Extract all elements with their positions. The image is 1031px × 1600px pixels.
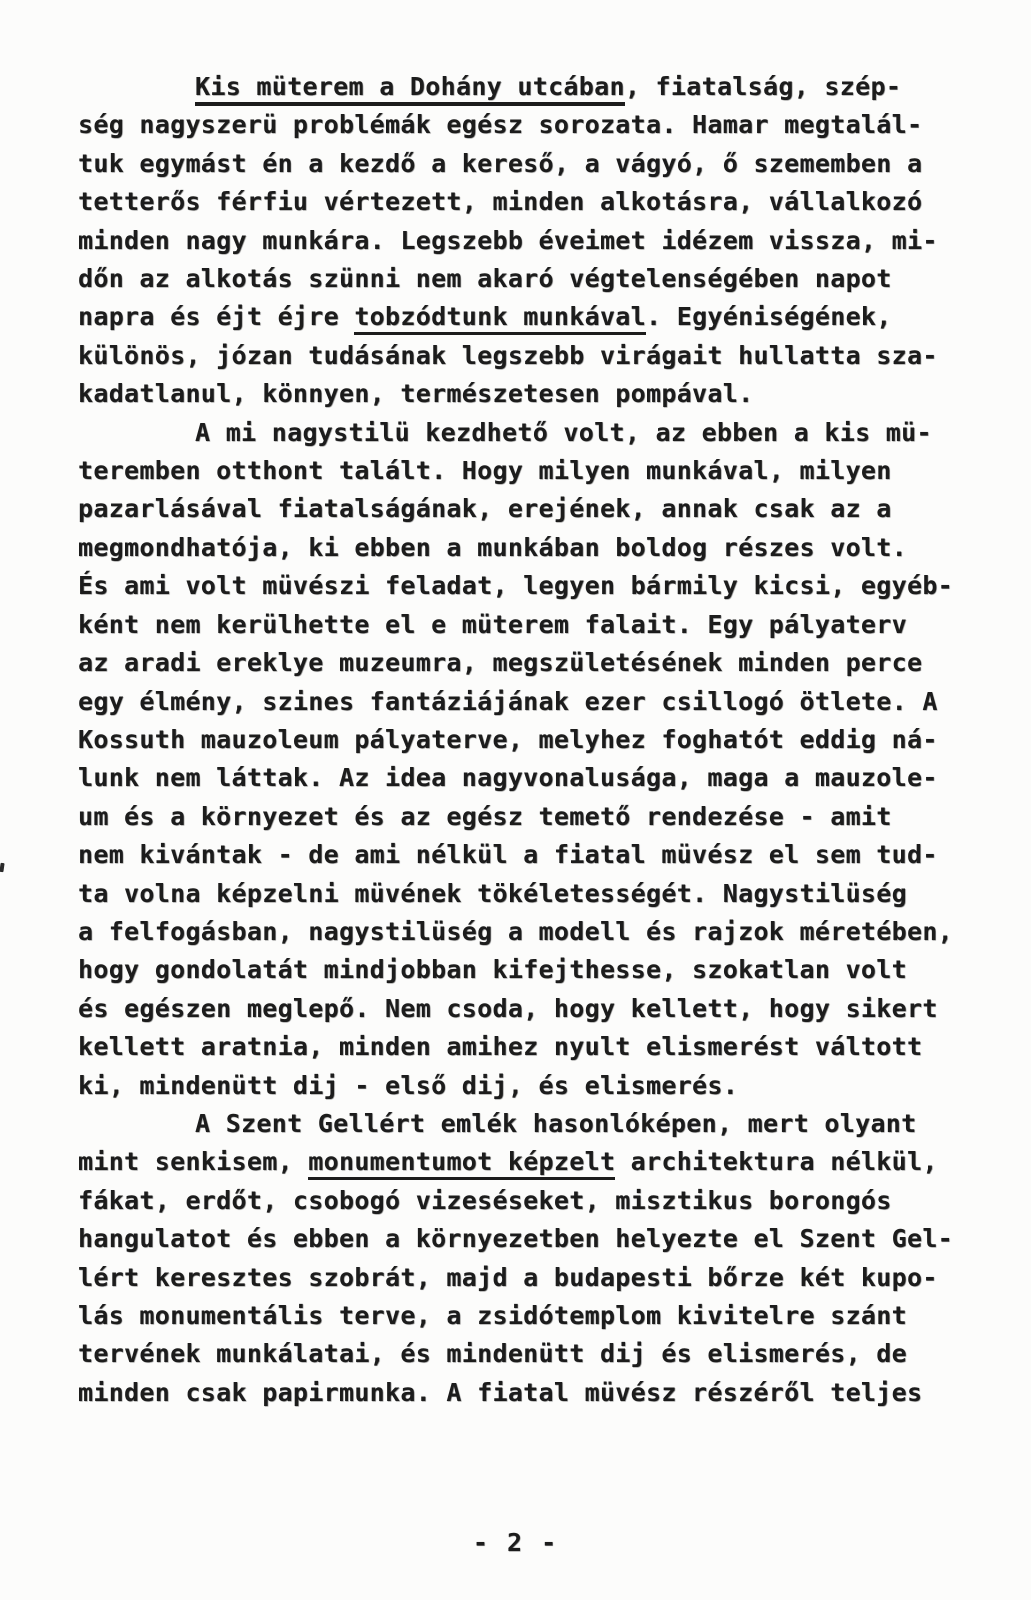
text-segment: lért keresztes szobrát, majd a budapesti…: [78, 1263, 938, 1292]
text-line: ta volna képzelni müvének tökéletességét…: [78, 875, 958, 913]
document-page: Kis müterem a Dohány utcában, fiatalság,…: [0, 0, 1031, 1600]
text-segment: egy élmény, szines fantáziájának ezer cs…: [78, 687, 938, 716]
text-segment: A Szent Gellért emlék hasonlóképen, mert…: [195, 1109, 917, 1138]
text-line: napra és éjt éjre tobzódtunk munkával. E…: [78, 298, 958, 336]
text-segment: és egészen meglepő. Nem csoda, hogy kell…: [78, 994, 938, 1023]
text-line: ki, mindenütt dij - első dij, és elismer…: [78, 1067, 958, 1105]
text-segment: ki, mindenütt dij - első dij, és elismer…: [78, 1071, 738, 1100]
text-line: ség nagyszerü problémák egész sorozata. …: [78, 106, 958, 144]
text-segment: um és a környezet és az egész temető ren…: [78, 802, 892, 831]
text-line: hogy gondolatát mindjobban kifejthesse, …: [78, 951, 958, 989]
text-line: mint senkisem, monumentumot képzelt arch…: [78, 1143, 958, 1181]
text-segment: . Egyéniségének,: [646, 302, 892, 331]
text-segment: pazarlásával fiatalságának, erejének, an…: [78, 494, 892, 523]
text-line: pazarlásával fiatalságának, erejének, an…: [78, 490, 958, 528]
text-segment: architektura nélkül,: [615, 1147, 937, 1176]
text-segment: ta volna képzelni müvének tökéletességét…: [78, 879, 907, 908]
page-number: - 2 -: [0, 1528, 1031, 1557]
text-segment: kadatlanul, könnyen, természetesen pompá…: [78, 379, 753, 408]
text-line: nem kivántak - de ami nélkül a fiatal mü…: [78, 836, 958, 874]
text-line: Kis müterem a Dohány utcában, fiatalság,…: [78, 68, 958, 106]
ink-speck: [0, 863, 5, 872]
text-line: megmondhatója, ki ebben a munkában boldo…: [78, 529, 958, 567]
text-segment: különös, józan tudásának legszebb virága…: [78, 341, 938, 370]
text-line: A Szent Gellért emlék hasonlóképen, mert…: [78, 1105, 958, 1143]
text-line: A mi nagystilü kezdhető volt, az ebben a…: [78, 414, 958, 452]
text-line: minden csak papirmunka. A fiatal müvész …: [78, 1374, 958, 1412]
text-segment: megmondhatója, ki ebben a munkában boldo…: [78, 533, 907, 562]
text-segment: teremben otthont talált. Hogy milyen mun…: [78, 456, 892, 485]
text-segment: mint senkisem,: [78, 1147, 308, 1176]
text-line: és egészen meglepő. Nem csoda, hogy kell…: [78, 990, 958, 1028]
text-segment: nem kivántak - de ami nélkül a fiatal mü…: [78, 840, 938, 869]
text-line: tetterős férfiu vértezett, minden alkotá…: [78, 183, 958, 221]
text-line: kellett aratnia, minden amihez nyult eli…: [78, 1028, 958, 1066]
text-segment: tervének munkálatai, és mindenütt dij és…: [78, 1339, 907, 1368]
text-segment: az aradi ereklye muzeumra, megszületésén…: [78, 648, 922, 677]
text-line: És ami volt müvészi feladat, legyen bárm…: [78, 567, 958, 605]
text-segment: tetterős férfiu vértezett, minden alkotá…: [78, 187, 922, 216]
text-segment: dőn az alkotás szünni nem akaró végtelen…: [78, 264, 892, 293]
text-line: lért keresztes szobrát, majd a budapesti…: [78, 1259, 958, 1297]
text-line: ként nem kerülhette el e müterem falait.…: [78, 606, 958, 644]
text-segment: lás monumentális terve, a zsidótemplom k…: [78, 1301, 907, 1330]
text-segment: És ami volt müvészi feladat, legyen bárm…: [78, 571, 953, 600]
text-line: hangulatot és ebben a környezetben helye…: [78, 1220, 958, 1258]
text-line: um és a környezet és az egész temető ren…: [78, 798, 958, 836]
text-line: lás monumentális terve, a zsidótemplom k…: [78, 1297, 958, 1335]
text-segment: Kossuth mauzoleum pályaterve, melyhez fo…: [78, 725, 938, 754]
text-line: Kossuth mauzoleum pályaterve, melyhez fo…: [78, 721, 958, 759]
text-segment: A mi nagystilü kezdhető volt, az ebben a…: [195, 418, 932, 447]
typewritten-text-block: Kis müterem a Dohány utcában, fiatalság,…: [78, 68, 958, 1412]
text-line: lunk nem láttak. Az idea nagyvonalusága,…: [78, 759, 958, 797]
text-segment: kellett aratnia, minden amihez nyult eli…: [78, 1032, 922, 1061]
text-segment: lunk nem láttak. Az idea nagyvonalusága,…: [78, 763, 938, 792]
text-segment: , fiatalság, szép-: [625, 72, 901, 101]
text-line: különös, józan tudásának legszebb virága…: [78, 337, 958, 375]
text-segment: hogy gondolatát mindjobban kifejthesse, …: [78, 955, 907, 984]
text-line: minden nagy munkára. Legszebb éveimet id…: [78, 222, 958, 260]
text-line: kadatlanul, könnyen, természetesen pompá…: [78, 375, 958, 413]
text-line: fákat, erdőt, csobogó vizeséseket, miszt…: [78, 1182, 958, 1220]
text-line: tervének munkálatai, és mindenütt dij és…: [78, 1335, 958, 1373]
text-segment: minden nagy munkára. Legszebb éveimet id…: [78, 226, 938, 255]
text-segment: hangulatot és ebben a környezetben helye…: [78, 1224, 953, 1253]
underlined-text: monumentumot képzelt: [308, 1147, 615, 1180]
text-segment: a felfogásban, nagystilüség a modell és …: [78, 917, 953, 946]
text-line: egy élmény, szines fantáziájának ezer cs…: [78, 683, 958, 721]
text-segment: fákat, erdőt, csobogó vizeséseket, miszt…: [78, 1186, 892, 1215]
underlined-text: tobzódtunk munkával: [354, 302, 646, 335]
underlined-text: Kis müterem a Dohány utcában: [195, 72, 625, 106]
text-line: tuk egymást én a kezdő a kereső, a vágyó…: [78, 145, 958, 183]
text-segment: napra és éjt éjre: [78, 302, 354, 331]
text-line: a felfogásban, nagystilüség a modell és …: [78, 913, 958, 951]
text-line: dőn az alkotás szünni nem akaró végtelen…: [78, 260, 958, 298]
text-line: teremben otthont talált. Hogy milyen mun…: [78, 452, 958, 490]
text-segment: minden csak papirmunka. A fiatal müvész …: [78, 1378, 922, 1407]
text-segment: ként nem kerülhette el e müterem falait.…: [78, 610, 907, 639]
text-line: az aradi ereklye muzeumra, megszületésén…: [78, 644, 958, 682]
text-segment: ség nagyszerü problémák egész sorozata. …: [78, 110, 922, 139]
text-segment: tuk egymást én a kezdő a kereső, a vágyó…: [78, 149, 922, 178]
